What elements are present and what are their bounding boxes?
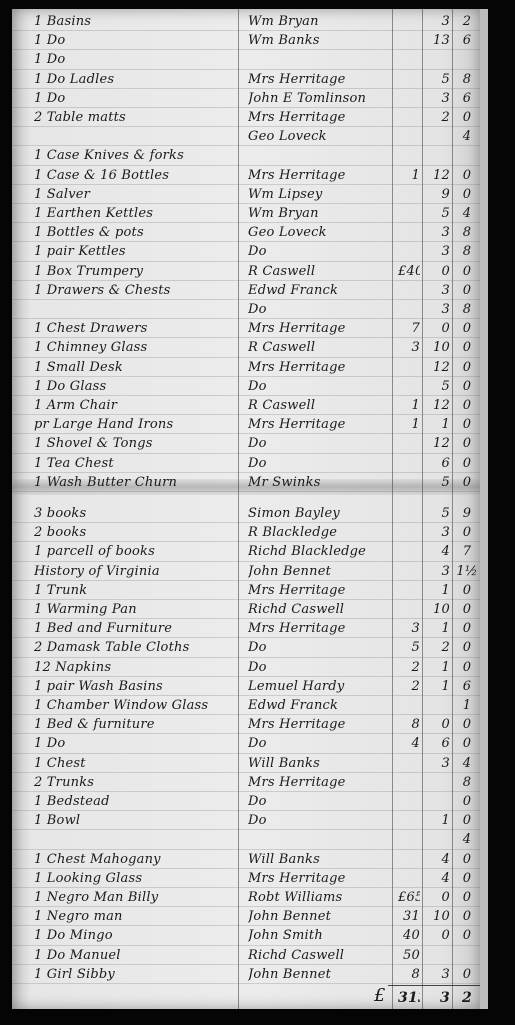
amount-shillings: 3 <box>424 563 450 581</box>
purchaser-name: Wm Bryan <box>248 13 408 31</box>
item-description: 1 Do Mingo <box>34 927 234 945</box>
total-pound-sign: £ <box>374 985 385 1006</box>
amount-shillings: 5 <box>424 205 450 223</box>
amount-shillings: 12 <box>424 435 450 453</box>
amount-shillings: 1 <box>424 659 450 677</box>
amount-shillings: 3 <box>424 755 450 773</box>
purchaser-name: Will Banks <box>248 755 408 773</box>
amount-shillings: 1 <box>424 620 450 638</box>
paper-edge <box>480 9 488 1009</box>
item-description: History of Virginia <box>34 563 234 581</box>
ledger-row: 1 SalverWm Lipsey90 <box>12 184 480 204</box>
amount-shillings: 6 <box>424 455 450 473</box>
amount-shillings: 4 <box>424 870 450 888</box>
ledger-row: 1 pair Wash BasinsLemuel Hardy216 <box>12 676 480 696</box>
ledger-row: 1 Tea ChestDo60 <box>12 453 480 473</box>
ledger-row: 1 Do <box>12 49 480 69</box>
amount-shillings: 6 <box>424 735 450 753</box>
amount-pence: 7 <box>456 543 478 561</box>
amount-pence: 0 <box>456 435 478 453</box>
item-description: 1 Bedstead <box>34 793 234 811</box>
ledger-row: 1 pair KettlesDo38 <box>12 241 480 261</box>
ledger-row: 1 Do ManuelRichd Caswell50 <box>12 945 480 965</box>
total-pence: 2 <box>456 989 478 1007</box>
item-description: 1 Small Desk <box>34 359 234 377</box>
ledger-row: 1 Bed & furnitureMrs Herritage800 <box>12 714 480 734</box>
ledger-row: 1 TrunkMrs Herritage10 <box>12 580 480 600</box>
amount-pounds: 5 <box>398 639 420 657</box>
purchaser-name: John Smith <box>248 927 408 945</box>
amount-pence: 4 <box>456 755 478 773</box>
purchaser-name: Wm Bryan <box>248 205 408 223</box>
purchaser-name: John Bennet <box>248 908 408 926</box>
amount-shillings: 1 <box>424 582 450 600</box>
item-description: 1 pair Kettles <box>34 243 234 261</box>
amount-pence: 0 <box>456 582 478 600</box>
item-description: 1 Negro Man Billy <box>34 889 234 907</box>
item-description: 1 Warming Pan <box>34 601 234 619</box>
amount-pence: 0 <box>456 167 478 185</box>
purchaser-name: Will Banks <box>248 851 408 869</box>
item-description: 1 Girl Sibby <box>34 966 234 984</box>
amount-pence: 8 <box>456 71 478 89</box>
amount-pence: 0 <box>456 735 478 753</box>
purchaser-name: Do <box>248 639 408 657</box>
amount-pence: 0 <box>456 416 478 434</box>
amount-pence: 0 <box>456 339 478 357</box>
purchaser-name: Do <box>248 735 408 753</box>
item-description: 1 parcell of books <box>34 543 234 561</box>
amount-pence: 8 <box>456 243 478 261</box>
total-rule <box>388 985 480 986</box>
amount-pounds: 3 <box>398 339 420 357</box>
purchaser-name: R Blackledge <box>248 524 408 542</box>
amount-shillings: 2 <box>424 639 450 657</box>
item-description: 1 Trunk <box>34 582 234 600</box>
amount-shillings: 10 <box>424 339 450 357</box>
item-description: 1 Do Glass <box>34 378 234 396</box>
total-pounds: 313 <box>398 989 420 1007</box>
amount-shillings: 3 <box>424 524 450 542</box>
item-description: 1 Looking Glass <box>34 870 234 888</box>
ledger-row: 1 Box TrumperyR Caswell£4000 <box>12 261 480 281</box>
purchaser-name: Mrs Herritage <box>248 167 408 185</box>
item-description: 1 Salver <box>34 186 234 204</box>
amount-pence: 6 <box>456 678 478 696</box>
purchaser-name: R Caswell <box>248 397 408 415</box>
item-description: 1 Chest <box>34 755 234 773</box>
item-description: 2 Trunks <box>34 774 234 792</box>
amount-pence: 6 <box>456 32 478 50</box>
ledger-row: 1 Bottles & potsGeo Loveck38 <box>12 222 480 242</box>
amount-shillings: 1 <box>424 678 450 696</box>
ledger-row: 2 booksR Blackledge30 <box>12 522 480 542</box>
ledger-row: 1 Bed and FurnitureMrs Herritage310 <box>12 618 480 638</box>
ledger-row: Geo Loveck4 <box>12 126 480 146</box>
amount-pence: 8 <box>456 224 478 242</box>
item-description: 1 Shovel & Tongs <box>34 435 234 453</box>
amount-shillings: 3 <box>424 301 450 319</box>
item-description: 12 Napkins <box>34 659 234 677</box>
purchaser-name: Mrs Herritage <box>248 109 408 127</box>
item-description: 3 books <box>34 505 234 523</box>
purchaser-name: Do <box>248 659 408 677</box>
purchaser-name: Do <box>248 455 408 473</box>
ledger-paper: 1 BasinsWm Bryan321 DoWm Banks1361 Do1 D… <box>12 9 480 1009</box>
amount-pence: 0 <box>456 889 478 907</box>
purchaser-name: Richd Caswell <box>248 601 408 619</box>
amount-pence: 0 <box>456 812 478 830</box>
ledger-row: 2 Damask Table ClothsDo520 <box>12 637 480 657</box>
ledger-row: 1 Looking GlassMrs Herritage40 <box>12 868 480 888</box>
purchaser-name: Mrs Herritage <box>248 359 408 377</box>
amount-pence: 0 <box>456 320 478 338</box>
purchaser-name: R Caswell <box>248 339 408 357</box>
amount-pence: 0 <box>456 109 478 127</box>
amount-shillings: 1 <box>424 416 450 434</box>
amount-pence: 8 <box>456 301 478 319</box>
purchaser-name: Edwd Franck <box>248 282 408 300</box>
purchaser-name: Simon Bayley <box>248 505 408 523</box>
ledger-row: 2 Table mattsMrs Herritage20 <box>12 107 480 127</box>
ledger-row: 1 Drawers & ChestsEdwd Franck30 <box>12 280 480 300</box>
amount-pence: 1½ <box>456 563 478 581</box>
amount-shillings: 5 <box>424 378 450 396</box>
item-description: 1 Do <box>34 735 234 753</box>
item-description: 1 Chamber Window Glass <box>34 697 234 715</box>
amount-pence: 0 <box>456 927 478 945</box>
item-description: 1 Chest Mahogany <box>34 851 234 869</box>
ledger-row: 12 NapkinsDo210 <box>12 657 480 677</box>
item-description: 1 Chest Drawers <box>34 320 234 338</box>
purchaser-name: Richd Blackledge <box>248 543 408 561</box>
purchaser-name: Lemuel Hardy <box>248 678 408 696</box>
amount-pence: 0 <box>456 359 478 377</box>
amount-pence: 0 <box>456 186 478 204</box>
amount-shillings: 1 <box>424 812 450 830</box>
amount-pounds: 50 <box>398 947 420 965</box>
purchaser-name: Wm Banks <box>248 32 408 50</box>
purchaser-name: Do <box>248 793 408 811</box>
ledger-row: 1 Case Knives & forks <box>12 145 480 165</box>
item-description: 1 Box Trumpery <box>34 263 234 281</box>
purchaser-name: Do <box>248 243 408 261</box>
purchaser-name: Mr Swinks <box>248 474 408 492</box>
amount-pounds: £40 <box>398 263 420 281</box>
ledger-row: 1 Chest MahoganyWill Banks40 <box>12 849 480 869</box>
item-description: 1 Arm Chair <box>34 397 234 415</box>
ledger-row: 1 Shovel & TongsDo120 <box>12 433 480 453</box>
purchaser-name: Do <box>248 435 408 453</box>
purchaser-name: Mrs Herritage <box>248 320 408 338</box>
amount-pounds: 2 <box>398 659 420 677</box>
item-description: 1 Chimney Glass <box>34 339 234 357</box>
amount-pence: 0 <box>456 620 478 638</box>
amount-pounds: 1 <box>398 416 420 434</box>
purchaser-name: R Caswell <box>248 263 408 281</box>
item-description: 1 Do <box>34 32 234 50</box>
total-shillings: 3 <box>424 989 450 1007</box>
item-description: 1 Drawers & Chests <box>34 282 234 300</box>
ledger-row: 1 Negro manJohn Bennet31100 <box>12 906 480 926</box>
amount-shillings: 0 <box>424 716 450 734</box>
amount-pence: 0 <box>456 455 478 473</box>
purchaser-name: Do <box>248 378 408 396</box>
amount-shillings: 5 <box>424 474 450 492</box>
amount-shillings: 13 <box>424 32 450 50</box>
ledger-row: 1 Arm ChairR Caswell1120 <box>12 395 480 415</box>
amount-pounds: 4 <box>398 735 420 753</box>
purchaser-name: John Bennet <box>248 563 408 581</box>
amount-pence: 4 <box>456 128 478 146</box>
amount-pence: 0 <box>456 870 478 888</box>
ledger-row: 1 Do LadlesMrs Herritage58 <box>12 69 480 89</box>
amount-pence: 8 <box>456 774 478 792</box>
amount-pence: 0 <box>456 639 478 657</box>
item-description: 1 Case & 16 Bottles <box>34 167 234 185</box>
ledger-row: 3 booksSimon Bayley59 <box>12 503 480 523</box>
amount-pence: 0 <box>456 601 478 619</box>
amount-shillings: 5 <box>424 505 450 523</box>
item-description: 1 Wash Butter Churn <box>34 474 234 492</box>
item-description: 1 Negro man <box>34 908 234 926</box>
item-description: 1 Case Knives & forks <box>34 147 234 165</box>
amount-shillings: 0 <box>424 320 450 338</box>
ledger-row: 1 Case & 16 BottlesMrs Herritage1120 <box>12 165 480 185</box>
amount-pounds: 40 <box>398 927 420 945</box>
amount-pounds: 2 <box>398 678 420 696</box>
amount-pence: 6 <box>456 90 478 108</box>
purchaser-name: Mrs Herritage <box>248 716 408 734</box>
amount-shillings: 3 <box>424 90 450 108</box>
amount-pence: 4 <box>456 831 478 849</box>
purchaser-name: Mrs Herritage <box>248 870 408 888</box>
ledger-row: 1 Small DeskMrs Herritage120 <box>12 357 480 377</box>
ledger-row: 1 Negro Man BillyRobt Williams£6500 <box>12 887 480 907</box>
item-description: 2 Damask Table Cloths <box>34 639 234 657</box>
ledger-row: 1 Chest DrawersMrs Herritage700 <box>12 318 480 338</box>
amount-pounds: 1 <box>398 397 420 415</box>
amount-pence: 9 <box>456 505 478 523</box>
ledger-row: 2 TrunksMrs Herritage8 <box>12 772 480 792</box>
purchaser-name: Mrs Herritage <box>248 582 408 600</box>
amount-pence: 1 <box>456 697 478 715</box>
amount-shillings: 4 <box>424 851 450 869</box>
amount-pounds: £65 <box>398 889 420 907</box>
item-description: 1 Bed and Furniture <box>34 620 234 638</box>
amount-pounds: 3 <box>398 620 420 638</box>
amount-pounds: 8 <box>398 966 420 984</box>
amount-shillings: 12 <box>424 397 450 415</box>
amount-pence: 0 <box>456 474 478 492</box>
ledger-row: 1 ChestWill Banks34 <box>12 753 480 773</box>
purchaser-name: Geo Loveck <box>248 128 408 146</box>
amount-shillings: 0 <box>424 263 450 281</box>
item-description: 1 Basins <box>34 13 234 31</box>
item-description: 1 Earthen Kettles <box>34 205 234 223</box>
ledger-row: 4 <box>12 829 480 849</box>
amount-pence: 0 <box>456 908 478 926</box>
item-description: 2 Table matts <box>34 109 234 127</box>
scanned-page: 1 BasinsWm Bryan321 DoWm Banks1361 Do1 D… <box>0 0 515 1025</box>
amount-pence: 0 <box>456 263 478 281</box>
amount-shillings: 3 <box>424 282 450 300</box>
amount-shillings: 3 <box>424 966 450 984</box>
amount-shillings: 3 <box>424 13 450 31</box>
item-description: pr Large Hand Irons <box>34 416 234 434</box>
amount-pence: 0 <box>456 716 478 734</box>
amount-pence: 0 <box>456 524 478 542</box>
ledger-row: 1 Earthen KettlesWm Bryan54 <box>12 203 480 223</box>
amount-pence: 2 <box>456 13 478 31</box>
purchaser-name: Wm Lipsey <box>248 186 408 204</box>
item-description: 2 books <box>34 524 234 542</box>
ledger-row: 1 DoDo460 <box>12 733 480 753</box>
amount-pence: 0 <box>456 282 478 300</box>
purchaser-name: Mrs Herritage <box>248 71 408 89</box>
purchaser-name: John Bennet <box>248 966 408 984</box>
ledger-row: 1 BedsteadDo0 <box>12 791 480 811</box>
purchaser-name: Richd Caswell <box>248 947 408 965</box>
amount-shillings: 0 <box>424 889 450 907</box>
amount-pence: 0 <box>456 966 478 984</box>
item-description: 1 Do Ladles <box>34 71 234 89</box>
purchaser-name: Do <box>248 301 408 319</box>
item-description: 1 Bed & furniture <box>34 716 234 734</box>
purchaser-name: Mrs Herritage <box>248 416 408 434</box>
amount-shillings: 3 <box>424 243 450 261</box>
item-description: 1 Do <box>34 51 234 69</box>
purchaser-name: Mrs Herritage <box>248 774 408 792</box>
purchaser-name: John E Tomlinson <box>248 90 408 108</box>
amount-pounds: 8 <box>398 716 420 734</box>
item-description: 1 Do <box>34 90 234 108</box>
item-description: 1 pair Wash Basins <box>34 678 234 696</box>
amount-pence: 0 <box>456 793 478 811</box>
ledger-row: 1 Chamber Window GlassEdwd Franck1 <box>12 695 480 715</box>
ledger-total-row: £ 313 3 2 <box>12 987 480 1009</box>
ledger-row: Do38 <box>12 299 480 319</box>
purchaser-name: Do <box>248 812 408 830</box>
purchaser-name: Robt Williams <box>248 889 408 907</box>
amount-pence: 4 <box>456 205 478 223</box>
ledger-row: 1 DoWm Banks136 <box>12 30 480 50</box>
amount-pence: 0 <box>456 378 478 396</box>
amount-shillings: 10 <box>424 908 450 926</box>
ledger-row: 1 Do GlassDo50 <box>12 376 480 396</box>
amount-shillings: 5 <box>424 71 450 89</box>
item-description: 1 Tea Chest <box>34 455 234 473</box>
ledger-row: 1 parcell of booksRichd Blackledge47 <box>12 541 480 561</box>
amount-pence: 0 <box>456 851 478 869</box>
amount-pence: 0 <box>456 659 478 677</box>
amount-shillings: 9 <box>424 186 450 204</box>
ledger-row: 1 Do MingoJohn Smith4000 <box>12 925 480 945</box>
amount-pence: 0 <box>456 397 478 415</box>
ledger-row: 1 Wash Butter ChurnMr Swinks50 <box>12 472 480 492</box>
ledger-row: pr Large Hand IronsMrs Herritage110 <box>12 414 480 434</box>
amount-pounds: 1 <box>398 167 420 185</box>
ledger-row: 1 Warming PanRichd Caswell100 <box>12 599 480 619</box>
amount-shillings: 12 <box>424 167 450 185</box>
item-description: 1 Bowl <box>34 812 234 830</box>
ledger-row: 1 BasinsWm Bryan32 <box>12 11 480 31</box>
ledger-row: 1 Girl SibbyJohn Bennet830 <box>12 964 480 984</box>
amount-shillings: 12 <box>424 359 450 377</box>
ledger-row: 1 BowlDo10 <box>12 810 480 830</box>
amount-shillings: 0 <box>424 927 450 945</box>
ledger-row: 1 Chimney GlassR Caswell3100 <box>12 337 480 357</box>
item-description: 1 Bottles & pots <box>34 224 234 242</box>
purchaser-name: Mrs Herritage <box>248 620 408 638</box>
purchaser-name: Geo Loveck <box>248 224 408 242</box>
amount-shillings: 2 <box>424 109 450 127</box>
amount-shillings: 3 <box>424 224 450 242</box>
amount-shillings: 4 <box>424 543 450 561</box>
ledger-row: 1 DoJohn E Tomlinson36 <box>12 88 480 108</box>
amount-shillings: 10 <box>424 601 450 619</box>
amount-pounds: 7 <box>398 320 420 338</box>
amount-pounds: 31 <box>398 908 420 926</box>
ledger-row: History of VirginiaJohn Bennet31½ <box>12 561 480 581</box>
item-description: 1 Do Manuel <box>34 947 234 965</box>
purchaser-name: Edwd Franck <box>248 697 408 715</box>
